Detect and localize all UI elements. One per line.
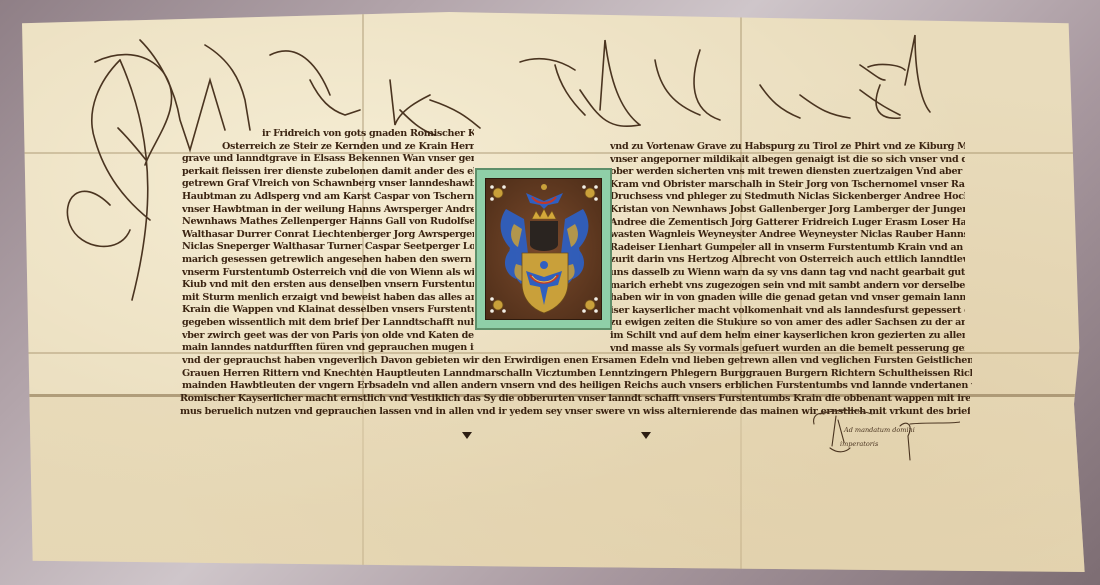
seal-cord-hole [462,432,472,439]
text-line: Druchsess vnd phleger zu Stedmuth Niclas… [610,191,965,204]
text-line: wasten Wagnleis Weyneyster Andree Weyney… [610,229,965,242]
text-line: Kram vnd Obrister marschalh in Steir Jor… [610,179,965,192]
text-line: im Schilt vnd auf dem helm einer kayserl… [610,330,965,343]
text-line: mainden Hawbtleuten der vngern Erbsadeln… [182,380,972,393]
text-segment: Grauen Herren Rittern vnd Knechten Haupt… [182,368,596,379]
text-segment: Romischer Kayserlicher macht ernstlich v… [180,393,642,404]
text-line: iser kayserlicher macht volkomenhait vnd… [610,305,965,318]
text-line: Osterreich ze Steir ze Kernden und ze Kr… [182,141,474,154]
coat-of-arms-field [485,178,602,320]
coat-of-arms-icon [486,179,602,320]
seal-cord-hole [641,432,651,439]
text-line: grave und lanndtgrave in Elsass Bekennen… [182,153,474,166]
charter-text-right: vnd zu Vortenaw Grave zu Habspurg zu Tir… [610,141,965,355]
text-segment: mainden Hawbtleuten der vngern Erbsadeln… [182,380,576,391]
text-line: gegeben wissentlich mit dem brief Der La… [182,317,474,330]
text-line: vber zwirch geet was der von Paris von o… [182,330,474,343]
charter-text-left: ir Fridreich von gots gnaden Romischer K… [182,128,474,355]
text-line: vnserm Furstentumb Osterreich vnd die vo… [182,267,474,280]
text-line: vnser Hawbtman in der weilung Hanns Awrs… [182,204,474,217]
text-line: haben wir in von gnaden wille die genad … [610,292,965,305]
text-line: vnd masse als Sy vormals gefuert wurden … [610,343,965,356]
text-segment: heiligen Reichs auch vnsers erblichen Fu… [579,380,972,391]
text-line: uns dasselb zu Wienn warn da sy vns dann… [610,267,965,280]
text-line: marich gesessen getrewlich angesehen hab… [182,254,474,267]
text-line: Andree die Zementisch Jorg Gatterer Frid… [610,217,965,230]
text-line: vnd zu Vortenaw Grave zu Habspurg zu Tir… [610,141,965,154]
signature-line-2: imperatoris [840,440,878,448]
text-line: marich erhebt vns zugezogen sein vnd mit… [610,280,965,293]
text-line: Haubtman zu Adlsperg vnd am Karst Caspar… [182,191,474,204]
text-line: perkait fleissen irer dienste zubelonen … [182,166,474,179]
text-line: mit Sturm menlich erzaigt vnd beweist ha… [182,292,474,305]
text-line: Kristan von Newnhaws Jobst Gallenberger … [610,204,965,217]
text-line: vnser angeporner mildikait albegen genai… [610,154,965,167]
charter-text-bottom: vnd der geprauchst haben vngeverlich Dav… [182,355,972,393]
text-line: Niclas Sneperger Walthasar Turner Caspar… [182,241,474,254]
text-segment: vnd der geprauchst haben vngeverlich Dav… [182,355,560,366]
text-segment: enen Ersamen Edeln vnd lieben getrewn al… [563,355,972,366]
text-line: Krain die Wappen vnd Klainat desselben v… [182,304,474,317]
text-segment: mus beruelich nutzen vnd geprauchen lass… [180,406,640,417]
text-line: Grauen Herren Rittern vnd Knechten Haupt… [182,368,972,381]
chancery-signature: Ad mandatum domini imperatoris [810,402,960,466]
text-line: ir Fridreich von gots gnaden Romischer K… [182,128,474,141]
text-line: ober werden sicherten vns mit trewen die… [610,166,965,179]
text-line: zu ewigen zeiten die Stukure so von amer… [610,317,965,330]
text-line: main lanndes natdurfften füren vnd gepra… [182,342,474,355]
text-line: vnd der geprauchst haben vngeverlich Dav… [182,355,972,368]
text-line: getrewn Graf Vlreich von Schawnberg vnse… [182,178,474,191]
text-line: Kiub vnd mit den ersten aus denselben vn… [182,279,474,292]
text-segment: Lenntzingern Phlegern Burggrauen Burgern… [599,368,972,379]
signature-line-1: Ad mandatum domini [844,426,915,434]
text-line: zurit darin vns Hertzog Albrecht von Ost… [610,254,965,267]
text-line: Newnhaws Mathes Zellenperger Hanns Gall … [182,216,474,229]
text-line: Radeiser Lienhart Gumpeler all in vnserm… [610,242,965,255]
coat-of-arms-miniature [475,168,612,330]
text-line: Walthasar Durrer Conrat Liechtenberger J… [182,229,474,242]
